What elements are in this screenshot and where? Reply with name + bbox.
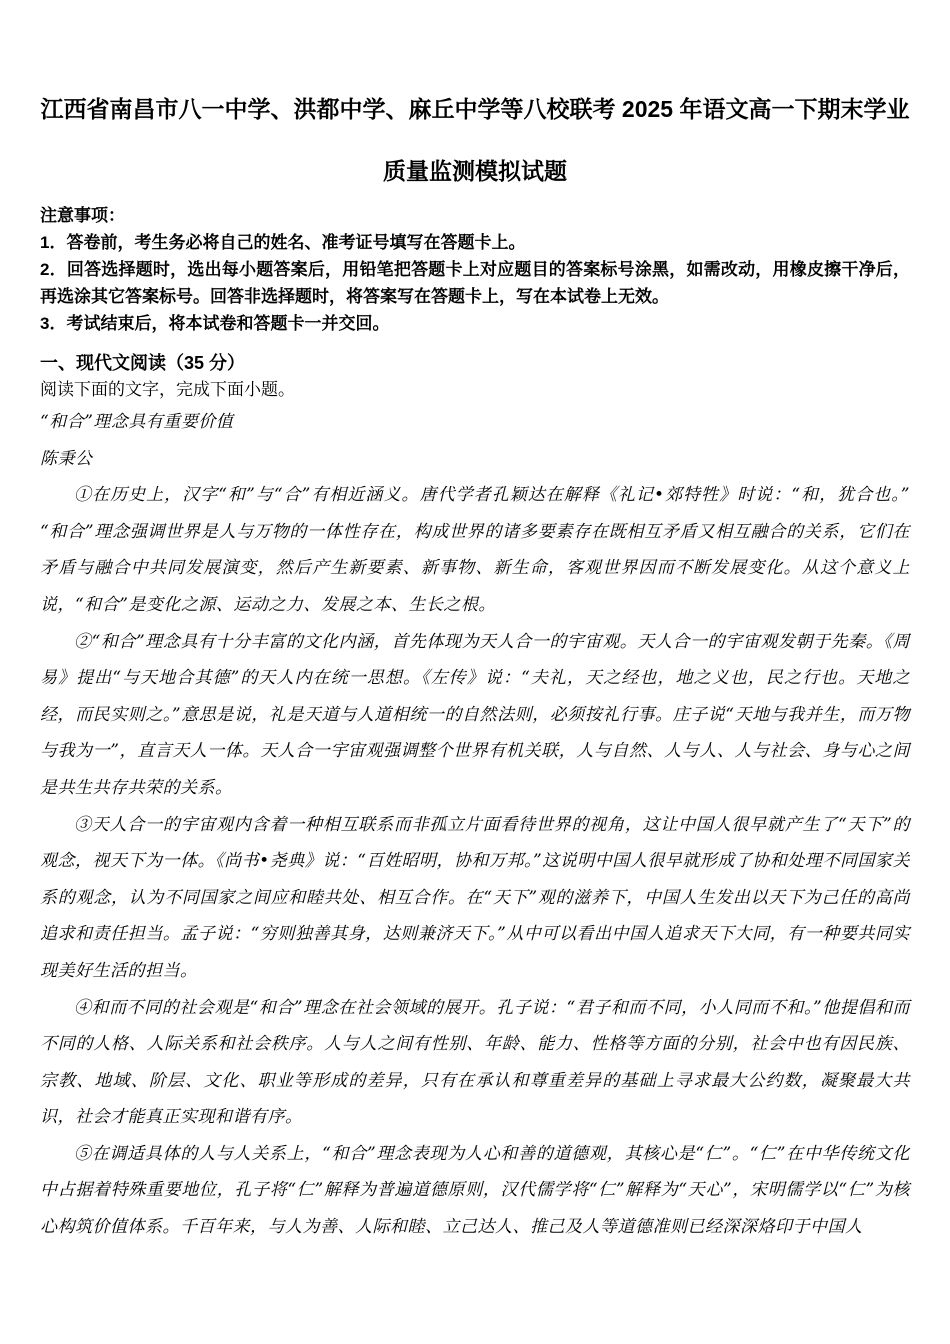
section-1-heading: 一、现代文阅读（35 分） — [40, 350, 910, 376]
passage-paragraph-3: ③天人合一的宇宙观内含着一种相互联系而非孤立片面看待世界的视角，这让中国人很早就… — [40, 807, 910, 990]
passage-author: 陈秉公 — [40, 441, 910, 478]
passage-paragraph-2: ②“和合”理念具有十分丰富的文化内涵，首先体现为天人合一的宇宙观。天人合一的宇宙… — [40, 624, 910, 807]
notice-item-1: 1．答卷前，考生务必将自己的姓名、准考证号填写在答题卡上。 — [40, 229, 910, 256]
exam-paper-page: 江西省南昌市八一中学、洪都中学、麻丘中学等八校联考 2025 年语文高一下期末学… — [0, 0, 950, 1344]
passage-paragraph-4: ④和而不同的社会观是“和合”理念在社会领域的展开。孔子说：“君子和而不同，小人同… — [40, 990, 910, 1136]
passage-paragraph-5: ⑤在调适具体的人与人关系上，“和合”理念表现为人心和善的道德观，其核心是“仁”。… — [40, 1136, 910, 1246]
passage-paragraph-1: ①在历史上，汉字“和”与“合”有相近涵义。唐代学者孔颖达在解释《礼记•郊特牲》时… — [40, 477, 910, 623]
notice-item-3: 3．考试结束后，将本试卷和答题卡一并交回。 — [40, 310, 910, 337]
page-title: 江西省南昌市八一中学、洪都中学、麻丘中学等八校联考 2025 年语文高一下期末学… — [40, 78, 910, 202]
notices-section: 注意事项： 1．答卷前，考生务必将自己的姓名、准考证号填写在答题卡上。 2．回答… — [40, 202, 910, 337]
reading-passage: “和合”理念具有重要价值 陈秉公 ①在历史上，汉字“和”与“合”有相近涵义。唐代… — [40, 404, 910, 1246]
reading-instruction: 阅读下面的文字，完成下面小题。 — [40, 376, 910, 404]
notice-item-2: 2．回答选择题时，选出每小题答案后，用铅笔把答题卡上对应题目的答案标号涂黑，如需… — [40, 256, 910, 310]
passage-title: “和合”理念具有重要价值 — [40, 404, 910, 441]
notices-heading: 注意事项： — [40, 202, 910, 229]
